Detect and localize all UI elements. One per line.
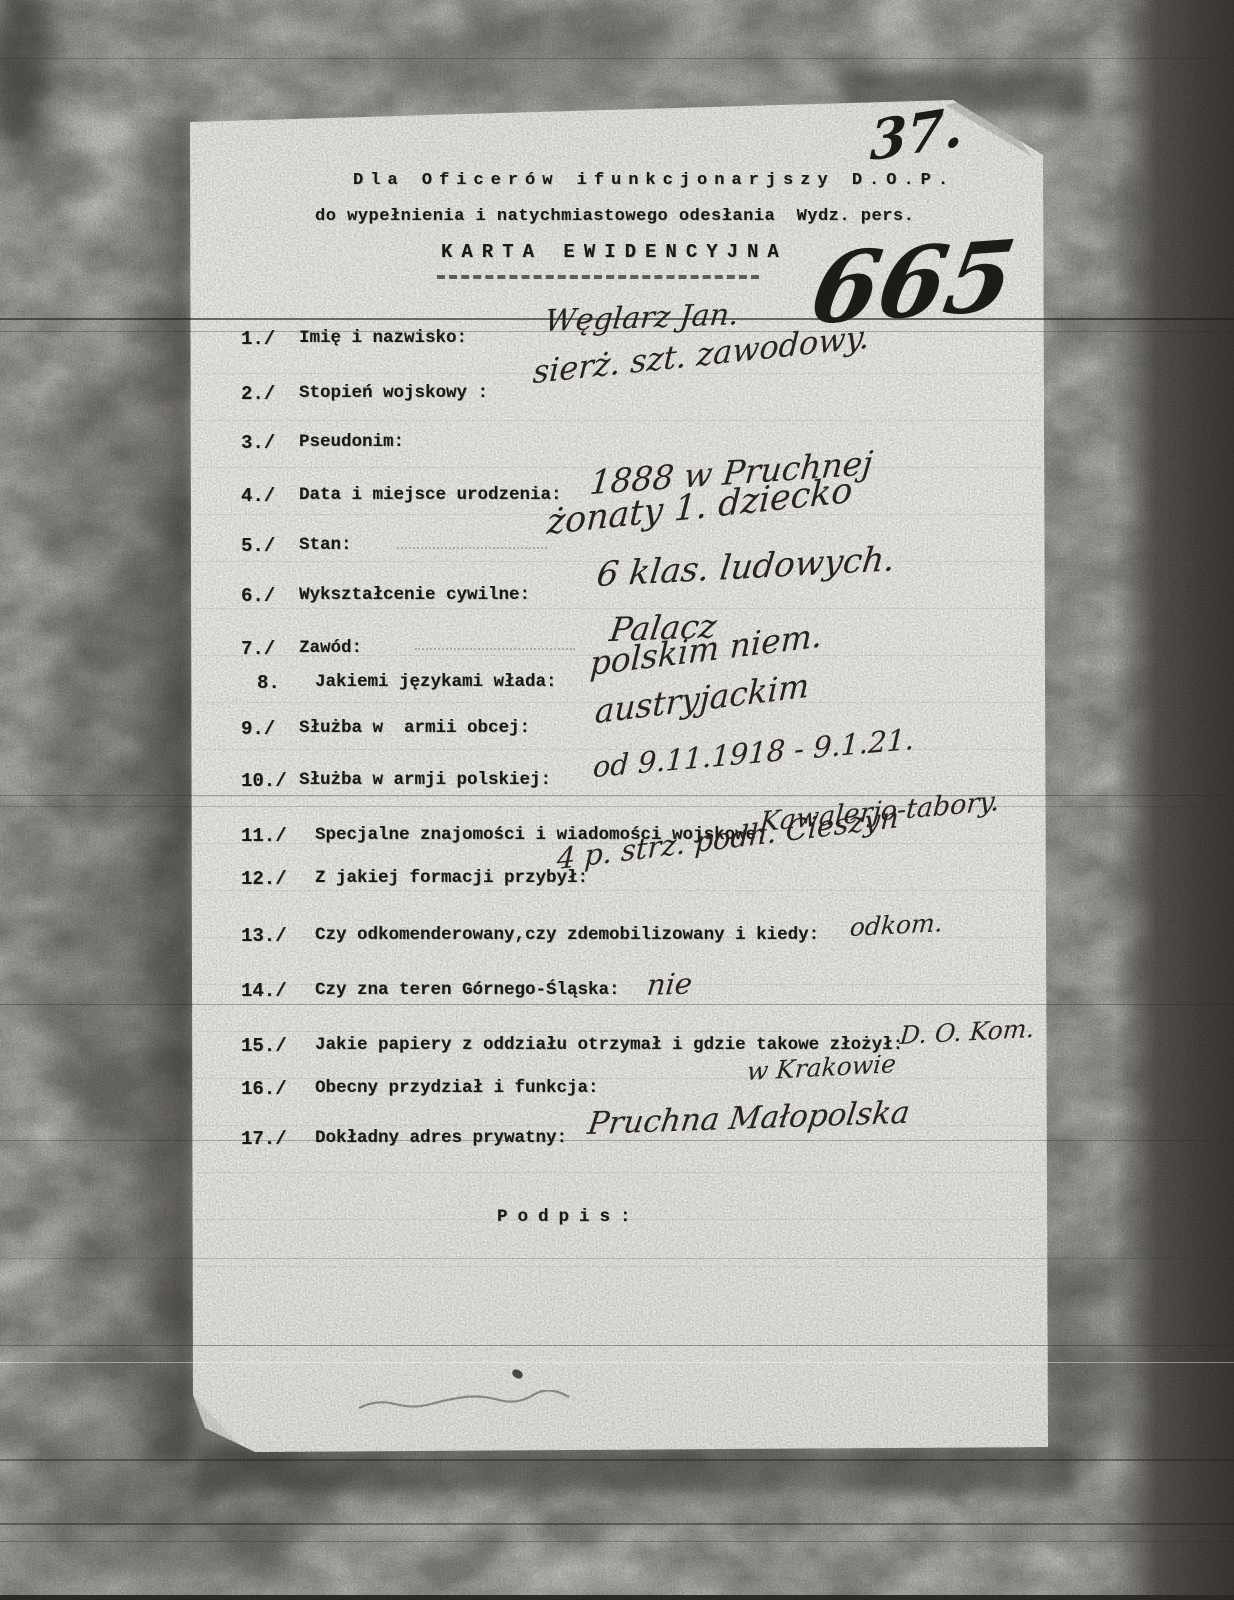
field-number: 9./ <box>241 718 275 740</box>
scratch-line <box>0 1004 1234 1005</box>
smudge <box>380 25 660 95</box>
scratch-line <box>0 318 1234 320</box>
leader-dashes <box>397 547 547 549</box>
field-number: 3./ <box>241 432 275 454</box>
field-label: Wykształcenie cywilne: <box>299 585 530 605</box>
field-number: 2./ <box>241 383 275 405</box>
field-label: Zawód: <box>299 638 362 658</box>
header-line-1: Dla Oficerów ifunkcjonarjszy D.O.P. <box>353 171 955 190</box>
scratch-line <box>0 1140 1234 1141</box>
scratch-line <box>0 1258 1234 1259</box>
document-title: KARTA EWIDENCYJNA <box>441 241 788 263</box>
scratch-line <box>0 1345 1234 1346</box>
scratch-line <box>0 795 1234 796</box>
field-number: 13./ <box>241 925 287 947</box>
field-value-handwritten: odkom. <box>849 908 944 942</box>
handwritten-sheet-number: 37. <box>869 94 963 174</box>
field-label: Czy zna teren Górnego-Śląska: <box>315 980 620 1000</box>
field-label: Służba w armii obcej: <box>299 718 530 738</box>
field-number: 14./ <box>241 980 287 1002</box>
scratch-line <box>0 1362 1234 1363</box>
signature-label: Podpis: <box>497 1207 641 1227</box>
field-label: Stopień wojskowy : <box>299 383 488 403</box>
header-line-2: do wypełnienia i natychmiastowego odesła… <box>315 207 914 226</box>
microfilm-scan-page: { "document": { "header": { "line1": "Dl… <box>0 0 1234 1600</box>
pencil-squiggle <box>355 1390 575 1416</box>
field-label: Jakiemi językami włada: <box>315 672 557 692</box>
evidence-card-sheet: Dla Oficerów ifunkcjonarjszy D.O.P. do w… <box>185 95 1050 1457</box>
scratch-line <box>0 1459 1234 1461</box>
form-row-2: 2./ Stopień wojskowy : sierż. szt. zawod… <box>185 383 1050 429</box>
field-number: 10./ <box>241 770 287 792</box>
scan-edge <box>0 1595 1234 1600</box>
field-value-handwritten: nie <box>645 966 694 1002</box>
field-value-handwritten: D. O. Kom. <box>899 1014 1036 1050</box>
field-label: Stan: <box>299 535 352 555</box>
field-number: 12./ <box>241 868 287 890</box>
title-underline <box>437 275 759 279</box>
field-label: Czy odkomenderowany,czy zdemobilizowany … <box>315 925 819 945</box>
field-number: 15./ <box>241 1035 287 1057</box>
field-number: 4./ <box>241 485 275 507</box>
field-number: 6./ <box>241 585 275 607</box>
field-label: Obecny przydział i funkcja: <box>315 1078 599 1098</box>
scratch-line <box>0 806 1234 807</box>
field-label: Pseudonim: <box>299 432 404 452</box>
field-number: 17./ <box>241 1128 287 1150</box>
field-label: Jakie papiery z oddziału otrzymał i gdzi… <box>315 1035 903 1055</box>
field-number: 16./ <box>241 1078 287 1100</box>
scratch-line <box>0 331 1234 332</box>
form-row-17: 17./ Dokładny adres prywatny: Pruchna Ma… <box>185 1128 1050 1174</box>
field-number: 5./ <box>241 535 275 557</box>
form-row-15: 15./ Jakie papiery z oddziału otrzymał i… <box>185 1035 1050 1081</box>
field-label: Służba w armji polskiej: <box>299 770 551 790</box>
film-edge-band <box>1114 0 1234 1600</box>
form-row-12: 12./ Z jakiej formacji przybył: 4 p. str… <box>185 868 1050 914</box>
field-label: Data i miejsce urodzenia: <box>299 485 562 505</box>
scratch-line <box>0 58 1234 59</box>
field-number: 11./ <box>241 825 287 847</box>
smudge <box>0 0 55 150</box>
scratch-line <box>0 1523 1234 1525</box>
field-label: Z jakiej formacji przybył: <box>315 868 588 888</box>
field-number: 7./ <box>241 638 275 660</box>
form-row-13: 13./ Czy odkomenderowany,czy zdemobilizo… <box>185 925 1050 971</box>
field-label: Dokładny adres prywatny: <box>315 1128 567 1148</box>
field-number: 8. <box>257 672 280 694</box>
leader-dashes <box>415 648 575 650</box>
paper-bottom-shadow <box>195 1445 1075 1493</box>
scratch-line <box>0 1541 1234 1542</box>
